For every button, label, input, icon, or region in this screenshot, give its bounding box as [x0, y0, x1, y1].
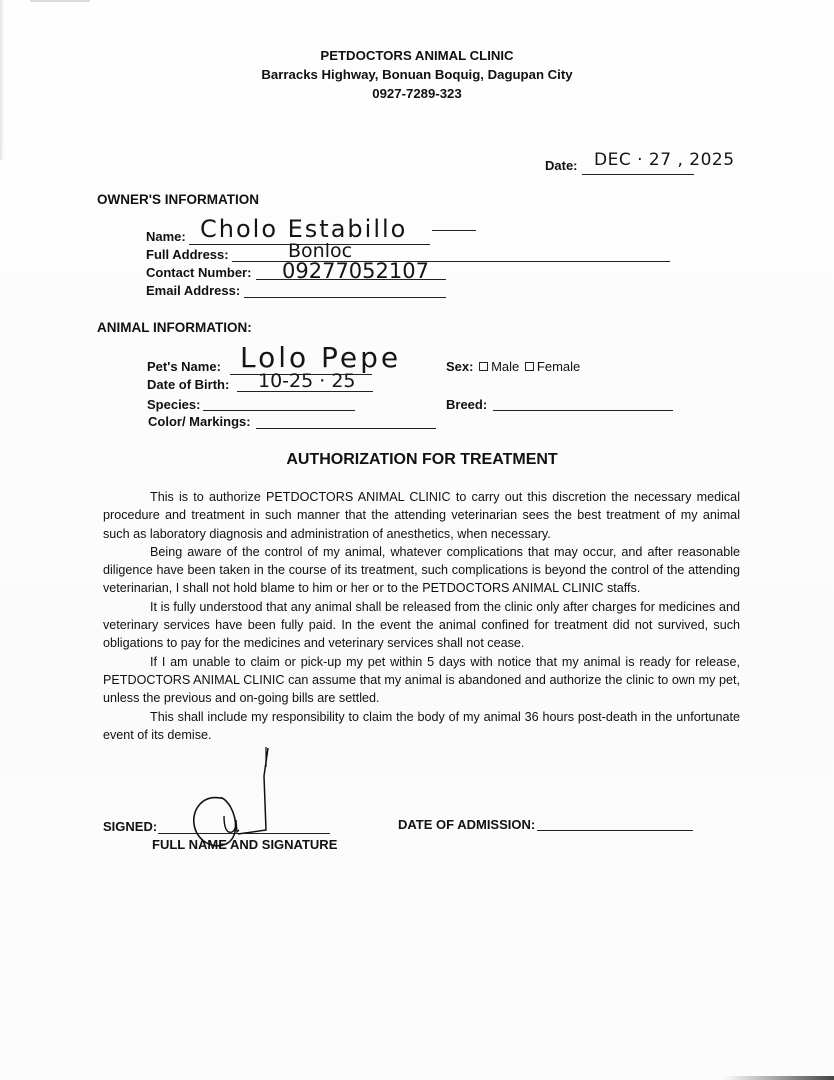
authorization-paragraph: It is fully understood that any animal s…	[103, 598, 740, 653]
owner-name-label: Name:	[146, 229, 186, 244]
owner-email-label: Email Address:	[146, 283, 240, 298]
consent-form-page: PETDOCTORS ANIMAL CLINIC Barracks Highwa…	[0, 0, 834, 1080]
sex-male-label: Male	[491, 359, 519, 374]
owner-name-value[interactable]: Cholo Estabillo	[200, 215, 407, 243]
signature-stroke-mark	[265, 747, 271, 767]
breed-label: Breed:	[446, 397, 487, 412]
owner-email-line	[244, 297, 446, 298]
clinic-name: PETDOCTORS ANIMAL CLINIC	[0, 46, 834, 65]
signature-caption: FULL NAME AND SIGNATURE	[152, 837, 337, 852]
clinic-phone: 0927-7289-323	[0, 84, 834, 103]
owner-name-dash	[432, 230, 476, 231]
dob-label: Date of Birth:	[147, 377, 229, 392]
species-line	[203, 410, 355, 411]
color-markings-label: Color/ Markings:	[148, 414, 251, 429]
sex-female-checkbox[interactable]	[525, 362, 534, 371]
authorization-body: This is to authorize PETDOCTORS ANIMAL C…	[103, 488, 740, 744]
sex-female-label: Female	[537, 359, 580, 374]
signed-label: SIGNED:	[103, 819, 157, 834]
admission-date-line	[537, 830, 693, 831]
sex-male-checkbox[interactable]	[479, 362, 488, 371]
owner-section-title: OWNER'S INFORMATION	[97, 192, 259, 207]
species-label: Species:	[147, 397, 200, 412]
authorization-paragraph: This is to authorize PETDOCTORS ANIMAL C…	[103, 488, 740, 543]
color-markings-line	[256, 428, 436, 429]
owner-contact-value[interactable]: 09277052107	[282, 259, 429, 283]
authorization-paragraph: Being aware of the control of my animal,…	[103, 543, 740, 598]
sex-field: Sex: Male Female	[446, 359, 580, 374]
animal-section-title: ANIMAL INFORMATION:	[97, 320, 252, 335]
handwritten-signature	[180, 740, 290, 850]
scan-top-edge	[30, 0, 90, 2]
admission-date-label: DATE OF ADMISSION:	[398, 817, 535, 832]
scan-corner-shadow	[724, 1076, 834, 1080]
dob-value[interactable]: 10-25 · 25	[258, 370, 356, 392]
date-value[interactable]: DEC · 27 , 2025	[594, 150, 735, 170]
date-label: Date:	[545, 158, 578, 173]
date-line	[582, 174, 694, 175]
authorization-title: AUTHORIZATION FOR TREATMENT	[0, 451, 834, 469]
pet-name-label: Pet's Name:	[147, 359, 221, 374]
sex-label: Sex:	[446, 359, 473, 374]
clinic-header: PETDOCTORS ANIMAL CLINIC Barracks Highwa…	[0, 46, 834, 103]
authorization-paragraph: This shall include my responsibility to …	[103, 708, 740, 745]
owner-address-label: Full Address:	[146, 247, 229, 262]
clinic-address: Barracks Highway, Bonuan Boquig, Dagupan…	[0, 65, 834, 84]
authorization-paragraph: If I am unable to claim or pick-up my pe…	[103, 653, 740, 708]
breed-line	[493, 410, 673, 411]
owner-contact-label: Contact Number:	[146, 265, 251, 280]
